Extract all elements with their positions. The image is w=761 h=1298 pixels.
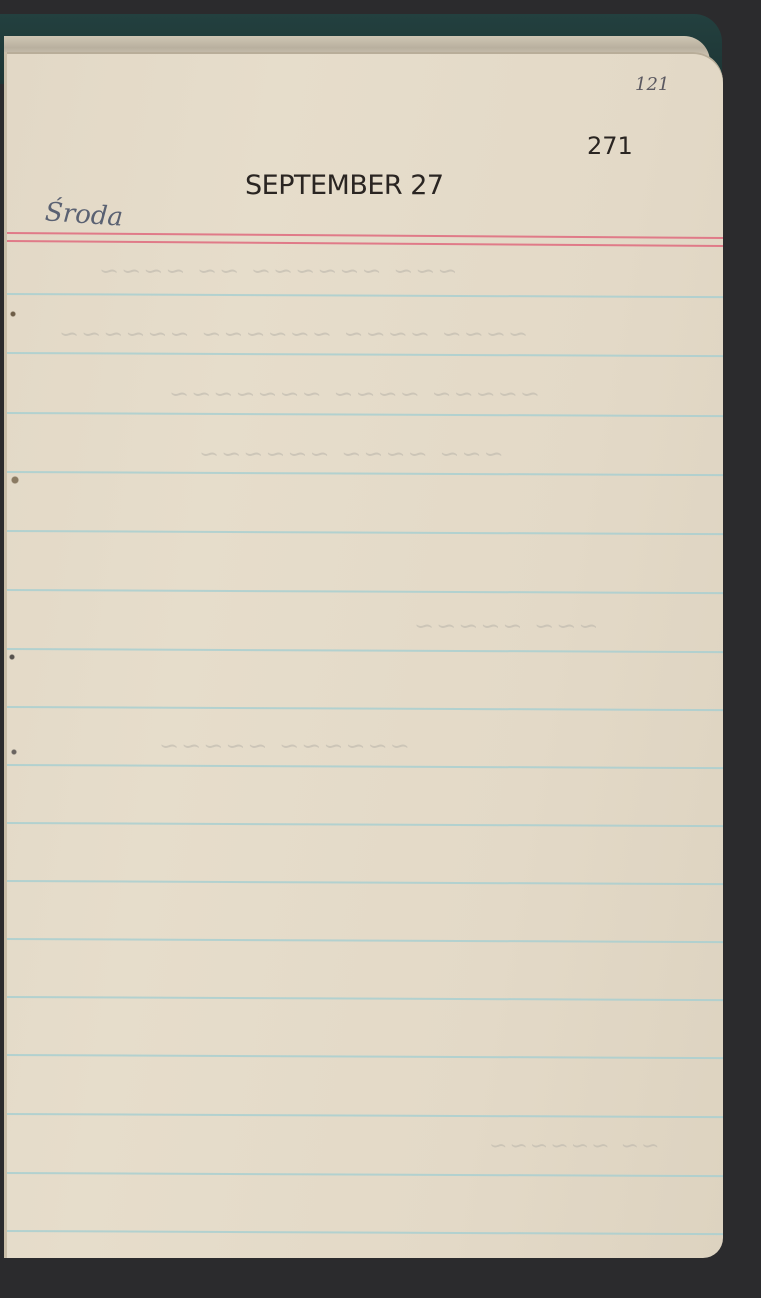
header-rule-red-top — [7, 232, 723, 239]
ruled-line — [7, 293, 723, 298]
ruled-line — [7, 1113, 723, 1118]
bleed-through-mark: ~~~~~ ~~~~ ~~~~~~~ — [167, 380, 540, 408]
ruled-line — [7, 822, 723, 827]
ruled-line — [7, 880, 723, 885]
ruled-line — [7, 589, 723, 594]
ruled-line — [7, 996, 723, 1001]
date-heading: SEPTEMBER 27 — [245, 170, 444, 201]
bleed-through-mark: ~~~ ~~~~~~ ~~ ~~~~ — [97, 257, 458, 285]
bleed-through-mark: ~~~~~~ ~~~~~ — [157, 732, 410, 760]
weekday-handwritten: Środa — [44, 197, 124, 232]
header-rule-red-bottom — [7, 240, 723, 247]
ruled-line — [7, 1054, 723, 1059]
ruled-line — [7, 764, 723, 769]
bleed-through-mark: ~~ ~~~~~~ — [487, 1134, 659, 1159]
bleed-through-mark: ~~~~ ~~~~ ~~~~~~ ~~~~~~ — [57, 320, 528, 348]
bleed-through-mark: ~~~ ~~~~~ — [412, 612, 599, 640]
ruled-line — [7, 352, 723, 357]
day-of-year: 271 — [587, 132, 633, 160]
ruled-line — [7, 938, 723, 943]
ruled-line — [7, 706, 723, 711]
ruled-line — [7, 1172, 723, 1177]
ruled-line — [7, 412, 723, 417]
bleed-through-mark: ~~~ ~~~~ ~~~~~~ — [197, 440, 504, 468]
diary-page: 121 271 SEPTEMBER 27 Środa ~~~ ~~~~~~ ~~… — [4, 52, 723, 1258]
ruled-line — [7, 1230, 723, 1235]
ruled-line — [7, 648, 723, 653]
ruled-line — [7, 530, 723, 535]
folio-number: 121 — [635, 74, 669, 95]
ruled-line — [7, 471, 723, 476]
